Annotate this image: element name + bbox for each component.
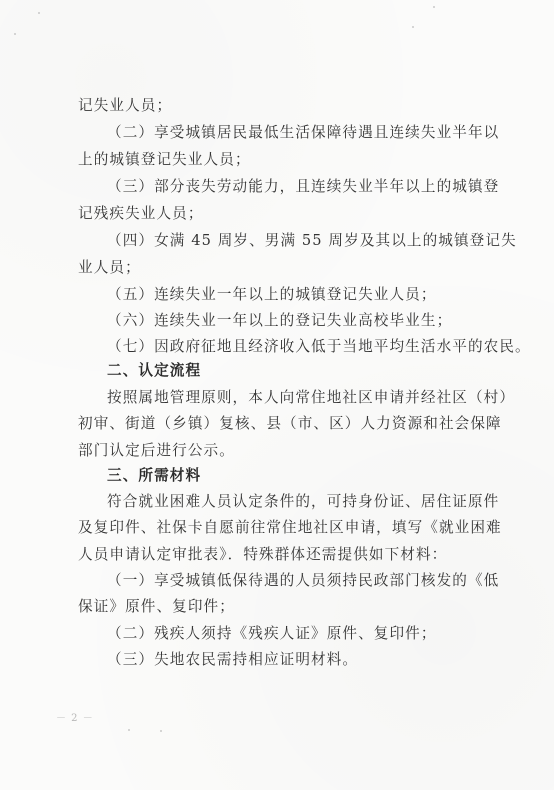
text-line: （一）享受城镇低保待遇的人员须持民政部门核发的《低 bbox=[107, 571, 499, 591]
text-line: 记残疾失业人员； bbox=[78, 204, 470, 224]
text-line: 符合就业困难人员认定条件的，可持身份证、居住证原件 bbox=[107, 492, 499, 512]
text-line: （七）因政府征地且经济收入低于当地平均生活水平的农民。 bbox=[107, 337, 499, 357]
section-heading-certification-process: 二、认定流程 bbox=[107, 361, 499, 381]
scan-speck bbox=[160, 730, 162, 732]
text-line: 人员申请认定审批表》．特殊群体还需提供如下材料： bbox=[78, 545, 470, 565]
page-number: － 2 － bbox=[56, 709, 94, 724]
text-line: 记失业人员； bbox=[78, 96, 470, 116]
scan-speck bbox=[14, 33, 16, 35]
text-line: （四）女满 45 周岁、男满 55 周岁及其以上的城镇登记失 bbox=[107, 231, 499, 251]
text-line: 部门认定后进行公示。 bbox=[78, 441, 470, 461]
text-line: 业人员； bbox=[78, 258, 470, 278]
text-line: （三）失地农民需持相应证明材料。 bbox=[107, 650, 499, 670]
text-line: （二）残疾人须持《残疾人证》原件、复印件； bbox=[107, 624, 499, 644]
text-line: （三）部分丧失劳动能力，且连续失业半年以上的城镇登 bbox=[107, 177, 499, 197]
text-line: 按照属地管理原则，本人向常住地社区申请并经社区（村） bbox=[107, 388, 499, 408]
scan-speck bbox=[128, 729, 130, 731]
scan-speck bbox=[412, 26, 414, 28]
text-line: 及复印件、社保卡自愿前往常住地社区申请，填写《就业困难 bbox=[78, 518, 470, 538]
document-page: 记失业人员； （二）享受城镇居民最低生活保障待遇且连续失业半年以 上的城镇登记失… bbox=[0, 0, 554, 790]
text-line: （二）享受城镇居民最低生活保障待遇且连续失业半年以 bbox=[107, 123, 499, 143]
scan-speck bbox=[433, 6, 435, 8]
text-line: （五）连续失业一年以上的城镇登记失业人员； bbox=[107, 285, 499, 305]
section-heading-required-materials: 三、所需材料 bbox=[107, 466, 499, 486]
text-line: 上的城镇登记失业人员； bbox=[78, 150, 470, 170]
text-line: 初审、街道（乡镇）复核、县（市、区）人力资源和社会保障 bbox=[78, 414, 470, 434]
text-line: （六）连续失业一年以上的登记失业高校毕业生； bbox=[107, 311, 499, 331]
scan-speck bbox=[38, 12, 40, 14]
text-line: 保证》原件、复印件； bbox=[78, 597, 470, 617]
